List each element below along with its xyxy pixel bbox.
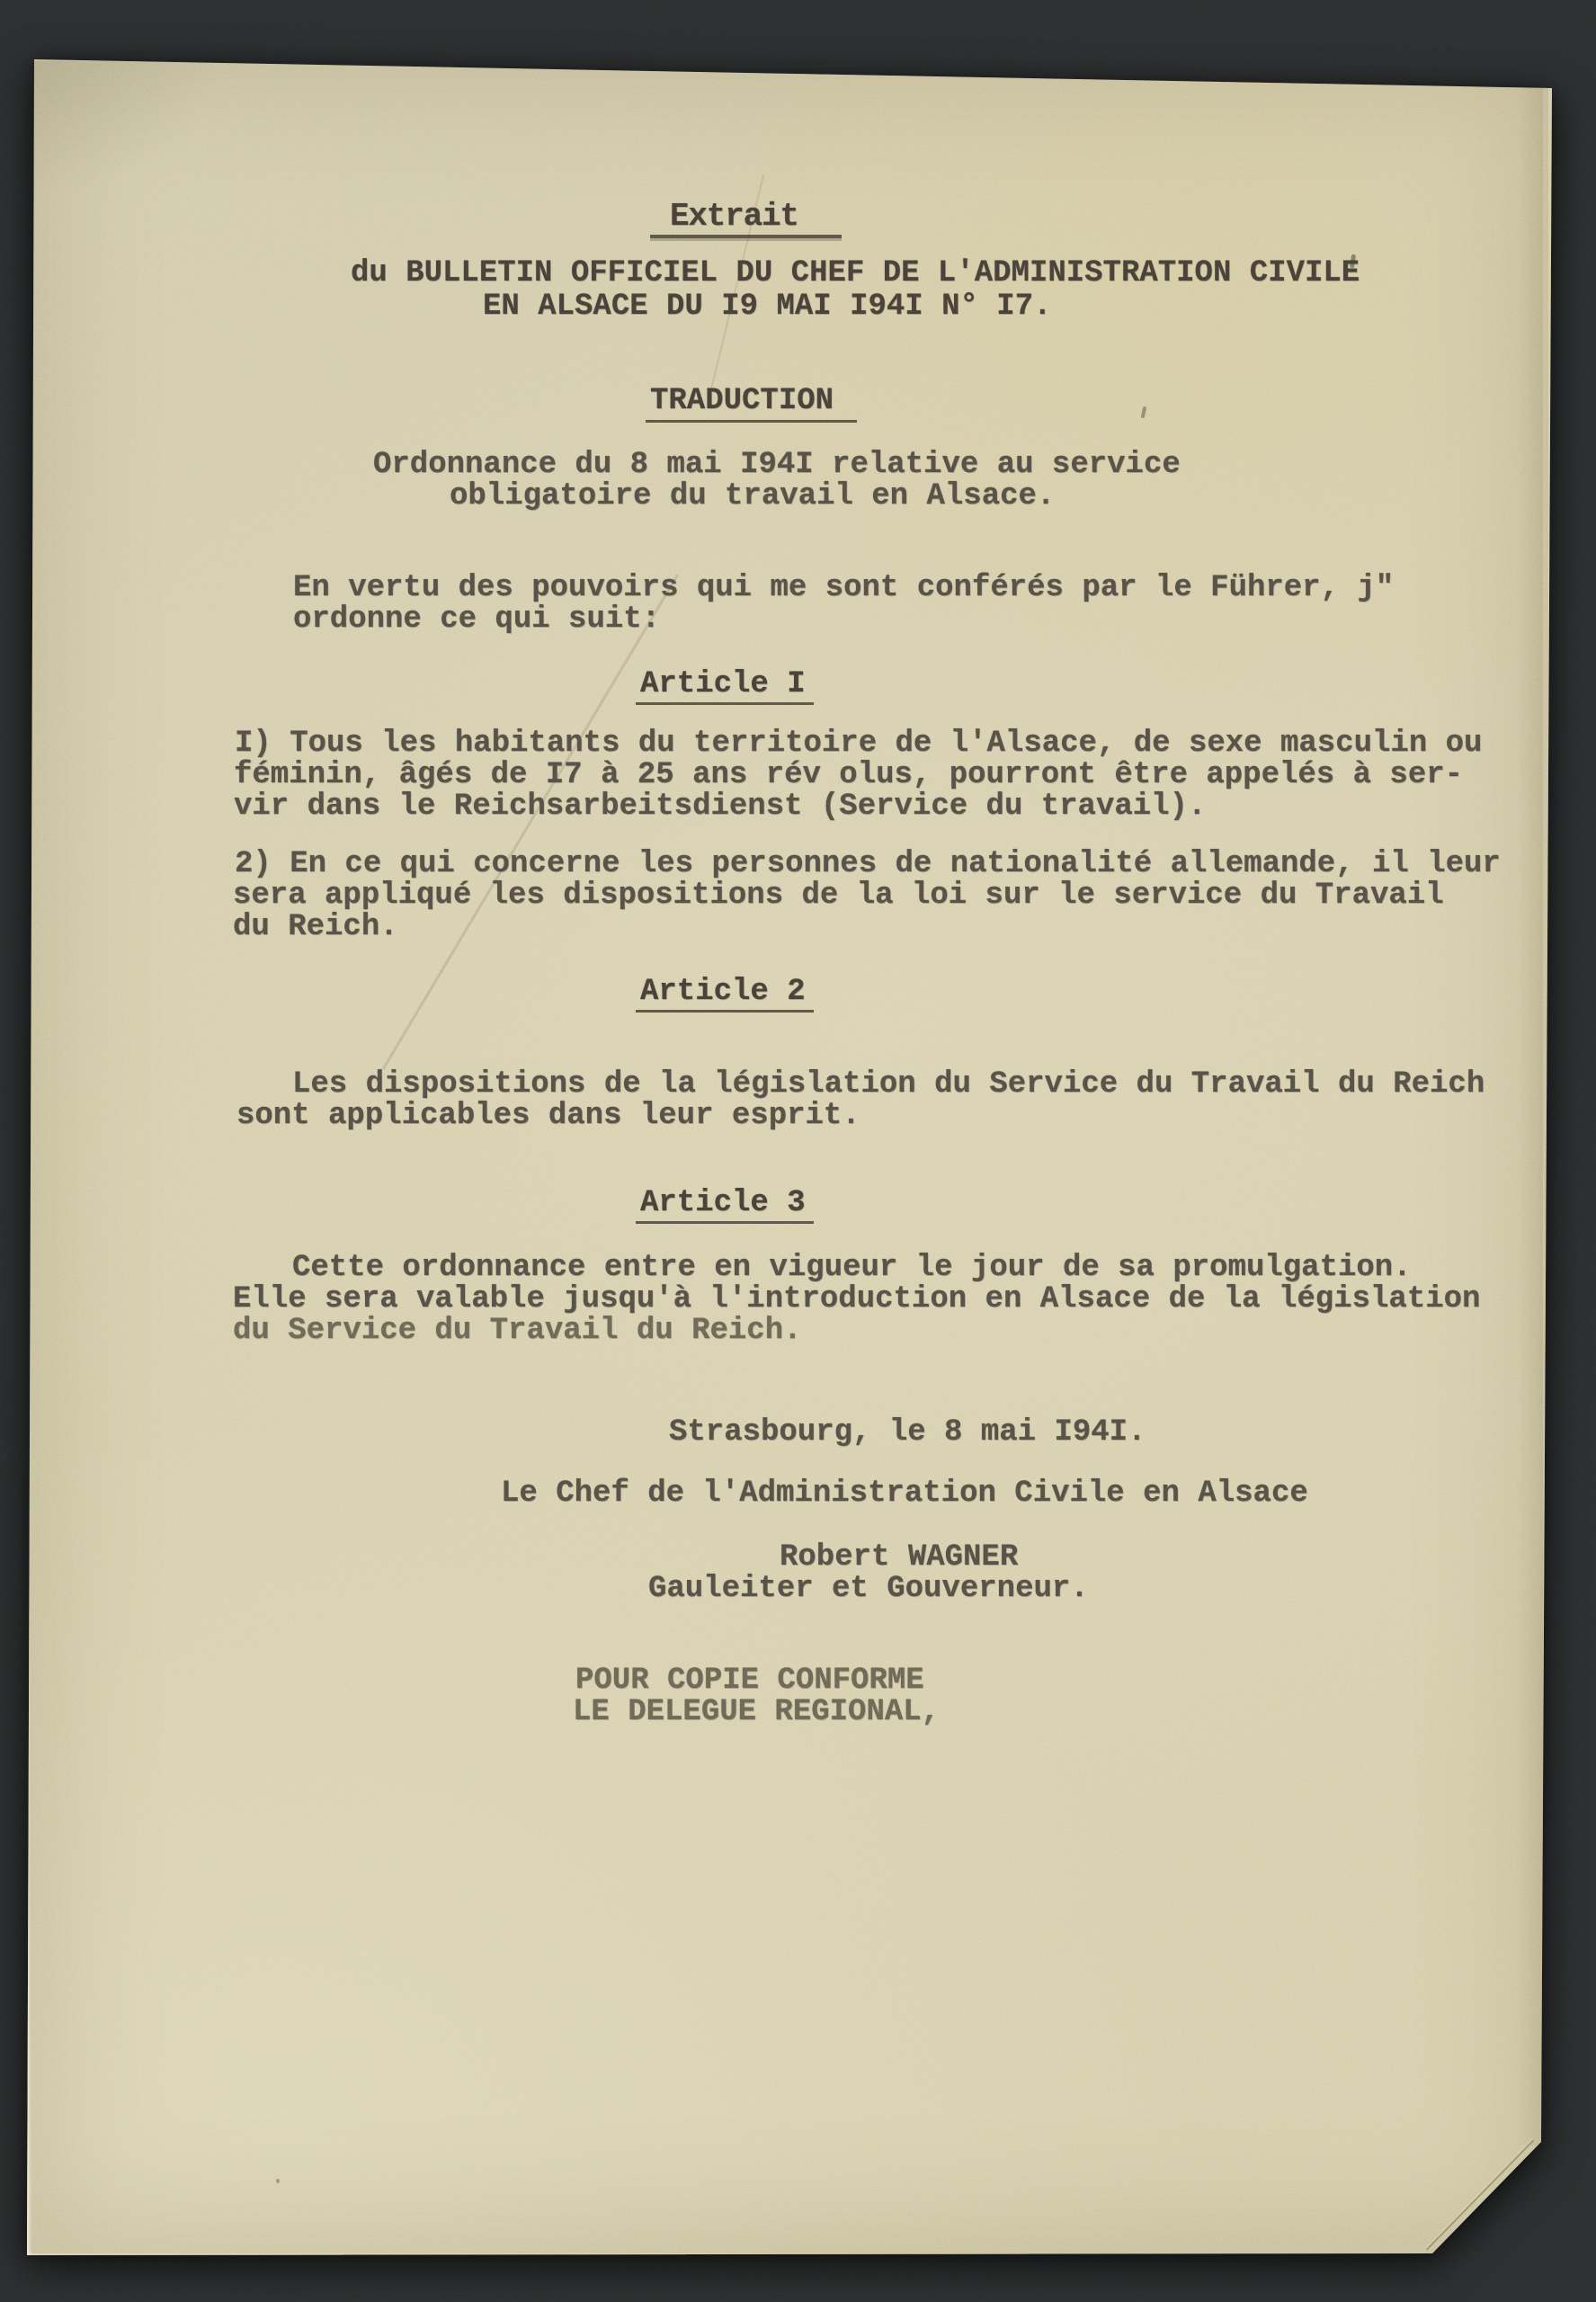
preamble-line-2: ordonne ce qui suit: <box>293 604 660 636</box>
subject-line-2: obligatoire du travail en Alsace. <box>450 481 1055 513</box>
translation-label-text: TRADUCTION <box>646 386 857 423</box>
stray-ink-mark <box>276 2179 280 2183</box>
stray-ink-mark <box>1141 406 1147 419</box>
article-2-heading: Article 2 <box>636 977 814 1013</box>
paper-sheet: Extrait du BULLETIN OFFICIEL DU CHEF DE … <box>0 0 1596 2302</box>
doc-title-text: Extrait <box>650 201 842 238</box>
subject-line-1: Ordonnance du 8 mai I94I relative au ser… <box>373 450 1181 481</box>
article-1-paragraph-1-line-3: vir dans le Reichsarbeitsdienst (Service… <box>234 791 1206 823</box>
corner-fold-crease <box>1426 2140 1534 2251</box>
dateline: Strasbourg, le 8 mai I94I. <box>669 1417 1146 1449</box>
translation-label: TRADUCTION <box>646 386 857 423</box>
header-line-2: EN ALSACE DU I9 MAI I94I N° I7. <box>483 291 1052 323</box>
article-3-line-3: du Service du Travail du Reich. <box>233 1316 802 1347</box>
article-3-line-1: Cette ordonnance entre en vigueur le jou… <box>292 1253 1412 1284</box>
article-1-paragraph-2-line-2: sera appliqué les dispositions de la loi… <box>233 880 1444 912</box>
article-3-heading-text: Article 3 <box>636 1188 814 1224</box>
paper-shadow-wrap: Extrait du BULLETIN OFFICIEL DU CHEF DE … <box>0 0 1596 2302</box>
article-1-paragraph-1-line-1: I) Tous les habitants du territoire de l… <box>235 728 1482 760</box>
paper-right-edge-shade <box>1518 86 1543 2146</box>
signature-role: Gauleiter et Gouverneur. <box>648 1574 1089 1605</box>
doc-title: Extrait <box>650 201 842 238</box>
article-1-paragraph-1-line-2: féminin, âgés de I7 à 25 ans rév olus, p… <box>234 760 1463 791</box>
preamble-line-1: En vertu des pouvoirs qui me sont confér… <box>293 573 1394 604</box>
signature-name: Robert WAGNER <box>780 1542 1018 1574</box>
article-1-heading: Article I <box>636 669 814 705</box>
signature-title: Le Chef de l'Administration Civile en Al… <box>501 1478 1308 1510</box>
scanned-page-backdrop: Extrait du BULLETIN OFFICIEL DU CHEF DE … <box>0 0 1596 2302</box>
certification-line-1: POUR COPIE CONFORME <box>575 1665 924 1697</box>
header-line-1: du BULLETIN OFFICIEL DU CHEF DE L'ADMINI… <box>351 258 1360 290</box>
article-2-heading-text: Article 2 <box>636 977 814 1013</box>
article-2-line-1: Les dispositions de la législation du Se… <box>292 1069 1485 1101</box>
article-3-line-2: Elle sera valable jusqu'à l'introduction… <box>233 1284 1480 1316</box>
paper-left-edge-highlight <box>19 58 32 2257</box>
article-1-paragraph-2-line-1: 2) En ce qui concerne les personnes de n… <box>235 849 1501 880</box>
article-1-paragraph-2-line-3: du Reich. <box>233 912 398 943</box>
article-3-heading: Article 3 <box>636 1188 814 1224</box>
certification-line-2: LE DELEGUE REGIONAL, <box>573 1697 940 1728</box>
article-1-heading-text: Article I <box>636 669 814 705</box>
article-2-line-2: sont applicables dans leur esprit. <box>236 1101 860 1132</box>
